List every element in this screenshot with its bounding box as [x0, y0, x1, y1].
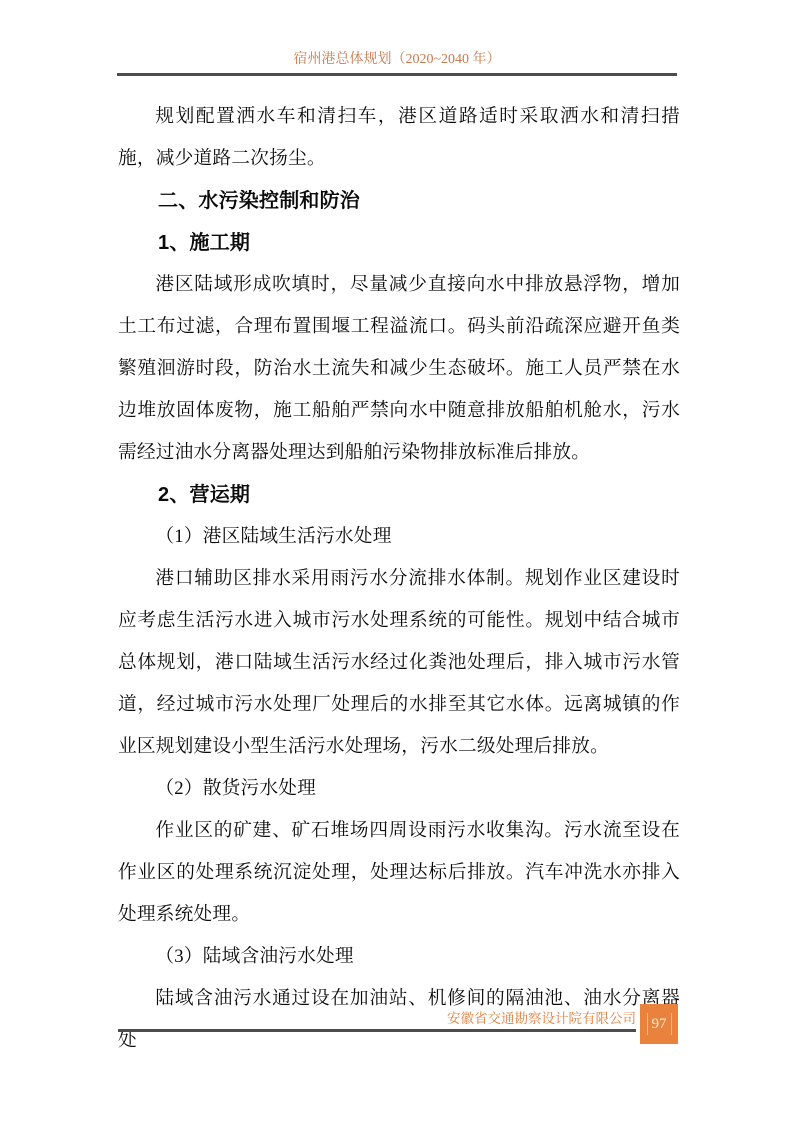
paragraph: 港区陆域形成吹填时，尽量减少直接向水中排放悬浮物，增加土工布过滤，合理布置围堰工…	[118, 264, 680, 474]
footer-company: 安徽省交通勘察设计院有限公司	[118, 1007, 636, 1027]
paragraph: 作业区的矿建、矿石堆场四周设雨污水收集沟。污水流至设在作业区的处理系统沉淀处理，…	[118, 810, 680, 936]
document-page: 宿州港总体规划（2020~2040 年） 规划配置洒水车和清扫车，港区道路适时采…	[0, 0, 794, 1122]
page-number: 97	[647, 1013, 672, 1035]
footer-rule	[118, 1029, 636, 1032]
section-heading: 1、施工期	[118, 222, 680, 264]
header-rule	[117, 73, 677, 76]
paragraph: 规划配置洒水车和清扫车，港区道路适时采取洒水和清扫措施，减少道路二次扬尘。	[118, 96, 680, 180]
section-heading: 二、水污染控制和防治	[118, 180, 680, 222]
list-item-heading: （1）港区陆域生活污水处理	[118, 516, 680, 558]
list-item-heading: （3）陆域含油污水处理	[118, 936, 680, 978]
header-title: 宿州港总体规划（2020~2040 年）	[117, 48, 677, 68]
page-body: 规划配置洒水车和清扫车，港区道路适时采取洒水和清扫措施，减少道路二次扬尘。 二、…	[118, 96, 680, 1062]
section-heading: 2、营运期	[118, 474, 680, 516]
list-item-heading: （2）散货污水处理	[118, 768, 680, 810]
page-number-badge: 97	[640, 1004, 678, 1044]
paragraph: 港口辅助区排水采用雨污水分流排水体制。规划作业区建设时应考虑生活污水进入城市污水…	[118, 558, 680, 768]
